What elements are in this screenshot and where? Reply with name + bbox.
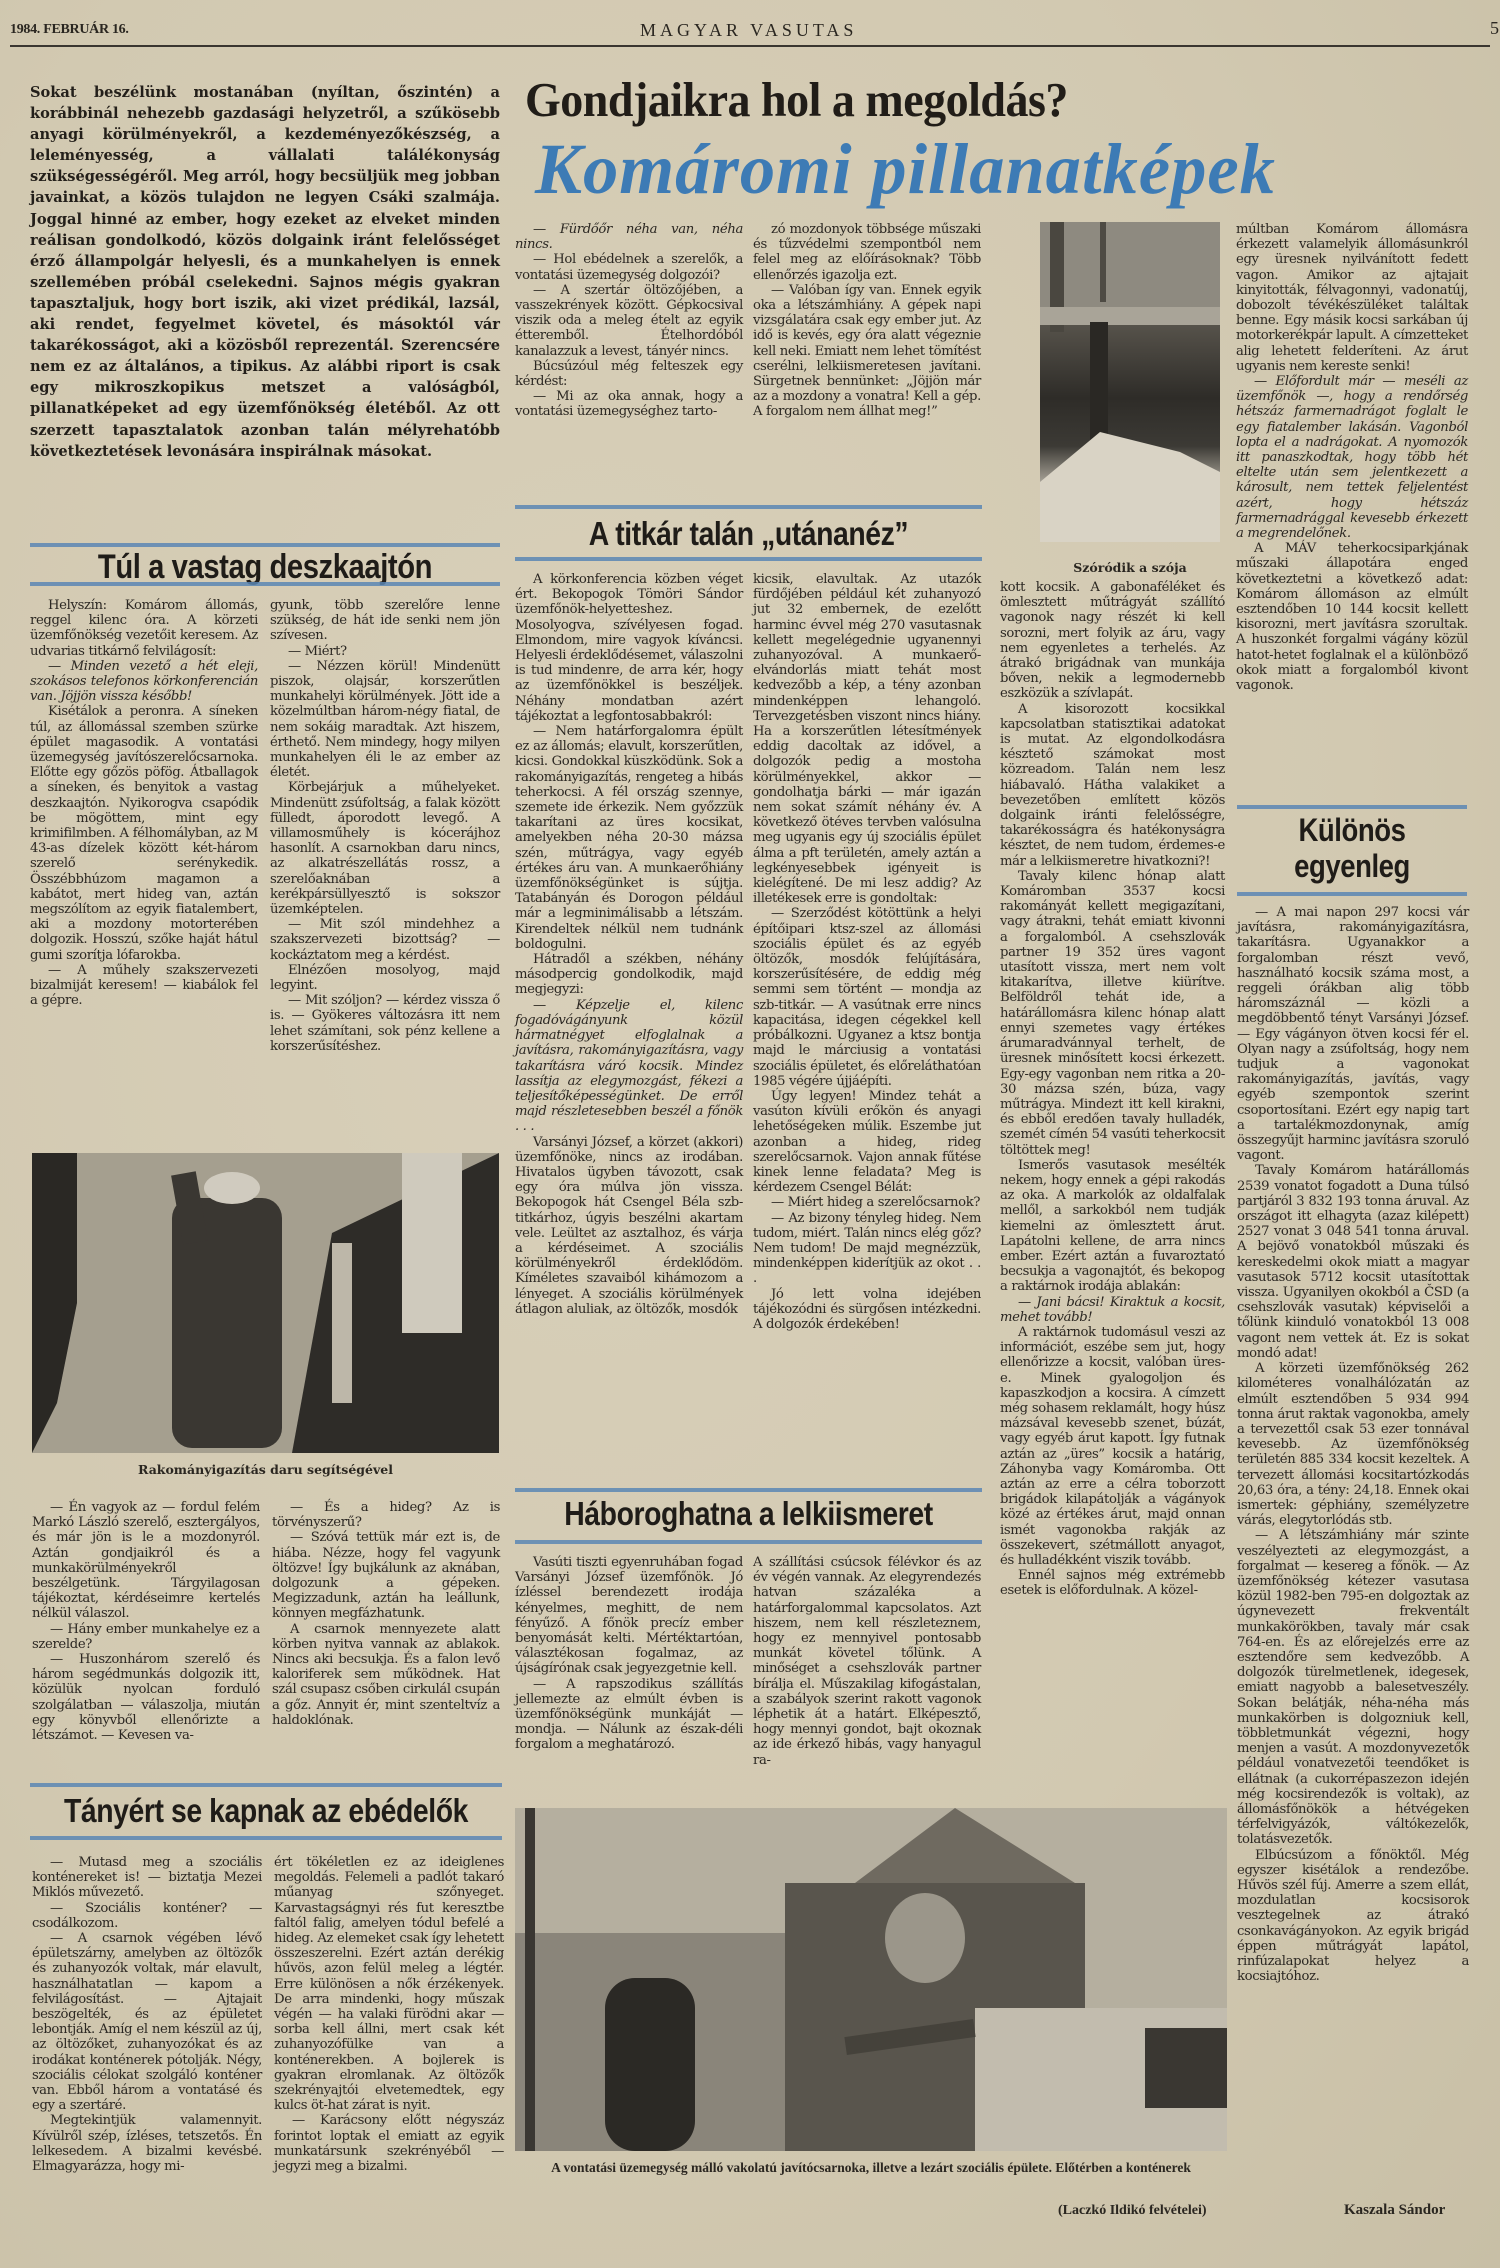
paragraph: — Mit szóljon? — kérdez vissza ő is. — G… <box>270 993 500 1054</box>
newspaper-title: MAGYAR VASUTAS <box>640 20 857 41</box>
intro-lead: Sokat beszélünk mostanában (nyíltan, ősz… <box>30 82 500 462</box>
paragraph: — Szerződést kötöttünk a helyi építőipar… <box>753 906 981 1088</box>
photo-caption-repair-hall: A vontatási üzemegység málló vakolatú ja… <box>515 2160 1227 2176</box>
paragraph: Körbejárjuk a műhelyeket. Mindenütt zsúf… <box>270 780 500 917</box>
center-top-col1: — Fürdőőr néha van, néha nincs. — Hol eb… <box>515 222 743 420</box>
tul-col2: gyunk, több szerelőre lenne szükség, de … <box>270 598 500 1054</box>
paragraph: — Fürdőőr néha van, néha nincs. <box>515 222 743 252</box>
paragraph: ért tökéletlen ez az ideiglenes megoldás… <box>274 1855 504 2113</box>
paragraph: kott kocsik. A gabonaféléket és ömleszte… <box>1000 580 1225 702</box>
paragraph: — Előfordult már — meséli az üzemfőnök —… <box>1236 374 1468 541</box>
paragraph: A körkonferencia közben véget ért. Bekop… <box>515 572 743 724</box>
divider-rule <box>30 1836 502 1840</box>
paragraph: — Mi az oka annak, hogy a vontatási üzem… <box>515 389 743 419</box>
photo-soy-spill <box>1040 222 1220 542</box>
newspaper-page: 1984. FEBRUÁR 16. MAGYAR VASUTAS 5 Sokat… <box>0 0 1500 2268</box>
divider-rule <box>30 582 500 586</box>
paragraph: Varsányi József, a körzet (akkori) üzemf… <box>515 1135 743 1317</box>
paragraph: — A rapszodikus szállítás jellemezte az … <box>515 1677 743 1753</box>
paragraph: — Miért? <box>270 644 500 659</box>
headline-tanyert: Tányért se kapnak az ebédelők <box>63 1792 469 1830</box>
center-top-col2: zó mozdonyok többsége műszaki és tűzvéde… <box>753 222 981 420</box>
headline-line: Különös <box>1253 812 1451 848</box>
divider-rule <box>515 505 982 509</box>
titkar-col1: A körkonferencia közben véget ért. Bekop… <box>515 572 743 1317</box>
headline-line: egyenleg <box>1253 848 1451 884</box>
paragraph: — A szertár öltözőjében, a vasszekrények… <box>515 283 743 359</box>
paragraph: gyunk, több szerelőre lenne szükség, de … <box>270 598 500 644</box>
paragraph: múltban Komárom állomásra érkezett valam… <box>1236 222 1468 374</box>
right-col-a: kott kocsik. A gabonaféléket és ömleszte… <box>1000 580 1225 1599</box>
paragraph: Megtekintjük valamennyit. Kívülről szép,… <box>32 2113 262 2174</box>
repair-hall-illustration <box>515 1808 1227 2151</box>
haborog-col2: A szállítási csúcsok félévkor és az év v… <box>753 1555 981 1768</box>
paragraph: — És a hideg? Az is törvényszerű? <box>272 1500 500 1530</box>
paragraph: — Hány ember munkahelye ez a szerelde? <box>32 1622 260 1652</box>
headline-sub: Komáromi pillanatképek <box>535 128 1276 211</box>
tanyert-col1: — Mutasd meg a szociális konténereket is… <box>32 1855 262 2174</box>
paragraph: Vasúti tiszti egyenruhában fogad Varsány… <box>515 1555 743 1677</box>
paragraph: Tavaly Komárom határállomás 2539 vonatot… <box>1237 1163 1469 1361</box>
divider-rule <box>30 543 500 547</box>
paragraph: — Huszonhárom szerelő és három segédmunk… <box>32 1652 260 1743</box>
tul-col1: Helyszín: Komárom állomás, reggel kilenc… <box>30 598 258 1008</box>
paragraph: Ennél sajnos még extrémebb esetek is elő… <box>1000 1568 1225 1598</box>
paragraph: — Képzelje el, kilenc fogadóvágányunk kö… <box>515 998 743 1135</box>
tanyert-col2: ért tökéletlen ez az ideiglenes megoldás… <box>274 1855 504 2174</box>
soy-wagon-illustration <box>1040 222 1220 542</box>
paragraph: A MÁV teherkocsiparkjának műszaki állapo… <box>1236 541 1468 693</box>
paragraph: kicsik, elavultak. Az utazók fürdőjében … <box>753 572 981 906</box>
divider-rule <box>1237 805 1467 809</box>
right-col-b: múltban Komárom állomásra érkezett valam… <box>1236 222 1468 693</box>
divider-rule <box>515 557 982 561</box>
photo-crane-worker <box>32 1153 499 1453</box>
paragraph: — Miért hideg a szerelőcsarnok? <box>753 1195 981 1210</box>
paragraph: — Valóban így van. Ennek egyik oka a lét… <box>753 283 981 420</box>
paragraph: Búcsúzóul még felteszek egy kérdést: <box>515 359 743 389</box>
divider-rule <box>515 1540 982 1544</box>
paragraph: — Mit szól mindehhez a szakszervezeti bi… <box>270 917 500 963</box>
paragraph: — Mutasd meg a szociális konténereket is… <box>32 1855 262 1901</box>
photo-caption-soy: Szóródik a szója <box>1040 560 1220 575</box>
page-number: 5 <box>1490 18 1499 39</box>
paragraph: A raktárnok tudomásul veszi az informáci… <box>1000 1325 1225 1568</box>
tul-col3: — Én vagyok az — fordul felém Markó Lász… <box>32 1500 260 1743</box>
paragraph: A körzeti üzemfőnökség 262 kilométeres v… <box>1237 1361 1469 1528</box>
photo-repair-hall <box>515 1808 1227 2151</box>
paragraph: A kisorozott kocsikkal kapcsolatban stat… <box>1000 702 1225 869</box>
paragraph: Hátradől a székben, néhány másodpercig g… <box>515 952 743 998</box>
paragraph: Ismerős vasutasok mesélték nekem, hogy e… <box>1000 1158 1225 1295</box>
author-byline: Kaszala Sándor <box>1344 2202 1445 2219</box>
headline-main: Gondjaikra hol a megoldás? <box>525 72 1068 128</box>
paragraph: Kisétálok a peronra. A síneken túl, az á… <box>30 704 258 962</box>
divider-rule <box>515 1488 982 1492</box>
paragraph: — A csarnok végében lévő épületszárny, a… <box>32 1931 262 2113</box>
issue-date: 1984. FEBRUÁR 16. <box>10 22 129 38</box>
tul-col4: — És a hideg? Az is törvényszerű? — Szóv… <box>272 1500 500 1728</box>
divider-rule <box>1237 892 1467 896</box>
masthead-rule <box>10 45 1490 47</box>
paragraph: — A műhely szakszervezeti bizalmiját ker… <box>30 963 258 1009</box>
paragraph: — Karácsony előtt négyszáz forintot lopt… <box>274 2113 504 2174</box>
paragraph: — A mai napon 297 kocsi vár javításra, r… <box>1237 905 1469 1163</box>
headline-titkar: A titkár talán „utánanéz” <box>548 515 950 553</box>
paragraph: Elbúcsúzom a főnöktől. Még egyszer kisét… <box>1237 1848 1469 1985</box>
paragraph: — Szóvá tettük már ezt is, de hiába. Néz… <box>272 1530 500 1621</box>
paragraph: Tavaly kilenc hónap alatt Komáromban 353… <box>1000 869 1225 1158</box>
headline-haborog: Háboroghatna a lelkiismeret <box>548 1495 950 1533</box>
titkar-col2: kicsik, elavultak. Az utazók fürdőjében … <box>753 572 981 1332</box>
paragraph: zó mozdonyok többsége műszaki és tűzvéde… <box>753 222 981 283</box>
paragraph: — Minden vezető a hét eleji, szokásos te… <box>30 659 258 705</box>
paragraph: A szállítási csúcsok félévkor és az év v… <box>753 1555 981 1768</box>
paragraph: Úgy legyen! Mindez tehát a vasúton kívül… <box>753 1089 981 1195</box>
paragraph: — Nem határforgalomra épült ez az állomá… <box>515 724 743 952</box>
paragraph: — Szociális konténer? — csodálkozom. <box>32 1901 262 1931</box>
paragraph: — Én vagyok az — fordul felém Markó Lász… <box>32 1500 260 1622</box>
paragraph: Elnézően mosolyog, majd legyint. <box>270 963 500 993</box>
paragraph: — Jani bácsi! Kiraktuk a kocsit, mehet t… <box>1000 1295 1225 1325</box>
haborog-col1: Vasúti tiszti egyenruhában fogad Varsány… <box>515 1555 743 1753</box>
paragraph: — Az bizony tényleg hideg. Nem tudom, mi… <box>753 1211 981 1287</box>
photo-credit: (Laczkó Ildikó felvételei) <box>1058 2203 1207 2219</box>
crane-worker-illustration <box>32 1153 499 1453</box>
paragraph: — Nézzen körül! Mindenütt piszok, olajsá… <box>270 659 500 781</box>
headline-kulonos: Különös egyenleg <box>1253 812 1451 884</box>
paragraph: — Hol ebédelnek a szerelők, a vontatási … <box>515 252 743 282</box>
paragraph: A csarnok mennyezete alatt körben nyitva… <box>272 1622 500 1728</box>
paragraph: — A létszámhiány már szinte veszélyeztet… <box>1237 1528 1469 1847</box>
photo-caption-crane: Rakományigazítás daru segítségével <box>32 1462 499 1477</box>
divider-rule <box>30 1783 502 1787</box>
paragraph: Helyszín: Komárom állomás, reggel kilenc… <box>30 598 258 659</box>
kulonos-col: — A mai napon 297 kocsi vár javításra, r… <box>1237 905 1469 1984</box>
paragraph: Jó lett volna idejében tájékozódni és sü… <box>753 1287 981 1333</box>
